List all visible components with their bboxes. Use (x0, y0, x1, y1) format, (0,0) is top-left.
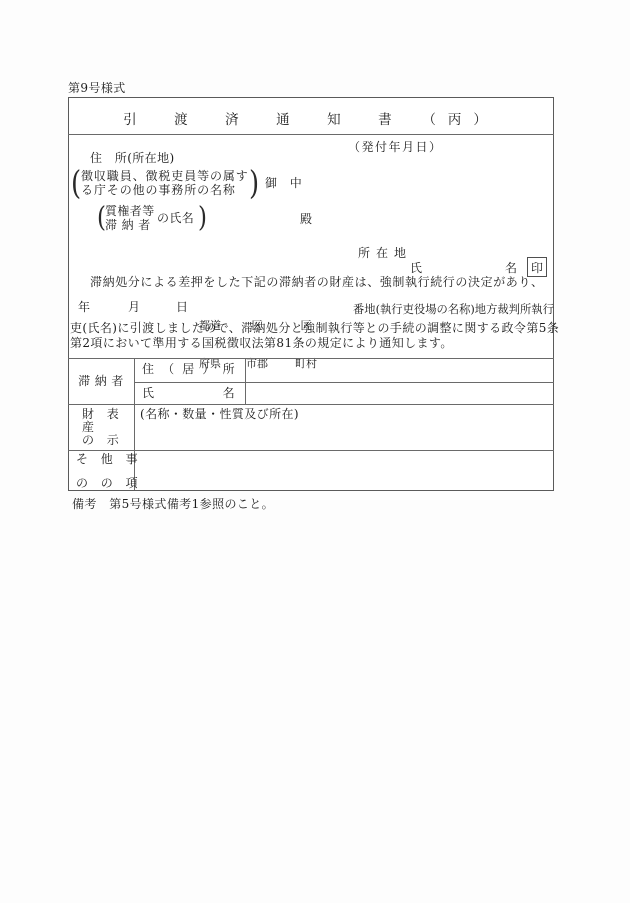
table-other-value-cell (135, 451, 554, 490)
table-property-header: 財 表 産 の 示 (68, 408, 134, 447)
property-header-line: の 示 (68, 434, 134, 447)
residence-char: ） (202, 363, 214, 376)
table-name-label: 氏 名 (134, 387, 245, 400)
name-char: 名 (223, 387, 235, 400)
residence-char: 居 (182, 363, 194, 376)
body-line3: 吏(氏名)に引渡しましたので、滞納処分と強制執行等との手続の調整に関する政令第5… (70, 322, 559, 335)
footnote: 備考 第5号様式備考1参照のこと。 (72, 498, 274, 511)
title-divider-line (68, 134, 554, 135)
table-property-value-cell (135, 404, 554, 450)
seal-mark: 印 (531, 259, 543, 276)
address-suffix: 番地(執行吏役場の名称)地方裁判所執行 (353, 303, 554, 316)
property-header-line: 財 表 (68, 408, 134, 421)
form-number: 第9号様式 (68, 82, 126, 95)
office-name-line1: 徴収職員、徴税吏員等の属す (81, 170, 249, 183)
year-label: 年 (78, 301, 90, 314)
sender-name-right: 名 (505, 262, 517, 275)
residence-char: （ (162, 363, 174, 376)
residence-char: 所 (223, 363, 235, 376)
holder-bracket-close: ) (198, 202, 207, 233)
body-line4: 第2項において準用する国税徴収法第81条の規定により通知します。 (70, 337, 453, 350)
table-other-header-line2: の の 項 (76, 477, 138, 490)
dono-label: 殿 (300, 213, 312, 226)
table-debtor-header: 滞 納 者 (68, 375, 134, 388)
table-residence-value-cell (246, 358, 554, 382)
sender-name-left: 氏 (410, 262, 422, 275)
day-label: 日 (176, 301, 188, 314)
document-title: 引 渡 済 通 知 書 （丙） (68, 108, 554, 128)
office-name-line2: る庁その他の事務所の名称 (81, 184, 236, 197)
office-bracket-close: ) (249, 165, 259, 203)
table-residence-label: 住 （ 居 ） 所 (134, 363, 245, 376)
name-char: 氏 (142, 387, 154, 400)
residence-char: 住 (142, 363, 154, 376)
table-name-value-cell (246, 382, 554, 404)
body-intro: 滞納処分による差押をした下記の滞納者の財産は、強制執行続行の決定があり、 (90, 276, 544, 289)
seal-box: 印 (527, 257, 547, 277)
holder-line1: 質権者等 (105, 205, 155, 218)
table-other-header-line1: そ 他 事 (76, 453, 138, 466)
holder-line2: 滞 納 者 (105, 219, 151, 232)
office-bracket-open: ( (71, 165, 81, 203)
month-label: 月 (128, 301, 140, 314)
form-page: 第9号様式 引 渡 済 通 知 書 （丙） （発付年月日） 住 所(所在地) (… (0, 0, 630, 903)
onchu-label: 御 中 (265, 177, 302, 190)
issue-date-label: （発付年月日） (348, 141, 443, 154)
sender-address-label: 所在地 (358, 247, 412, 260)
recipient-address-label: 住 所(所在地) (90, 152, 175, 165)
no-shimei-label: の氏名 (157, 212, 194, 225)
